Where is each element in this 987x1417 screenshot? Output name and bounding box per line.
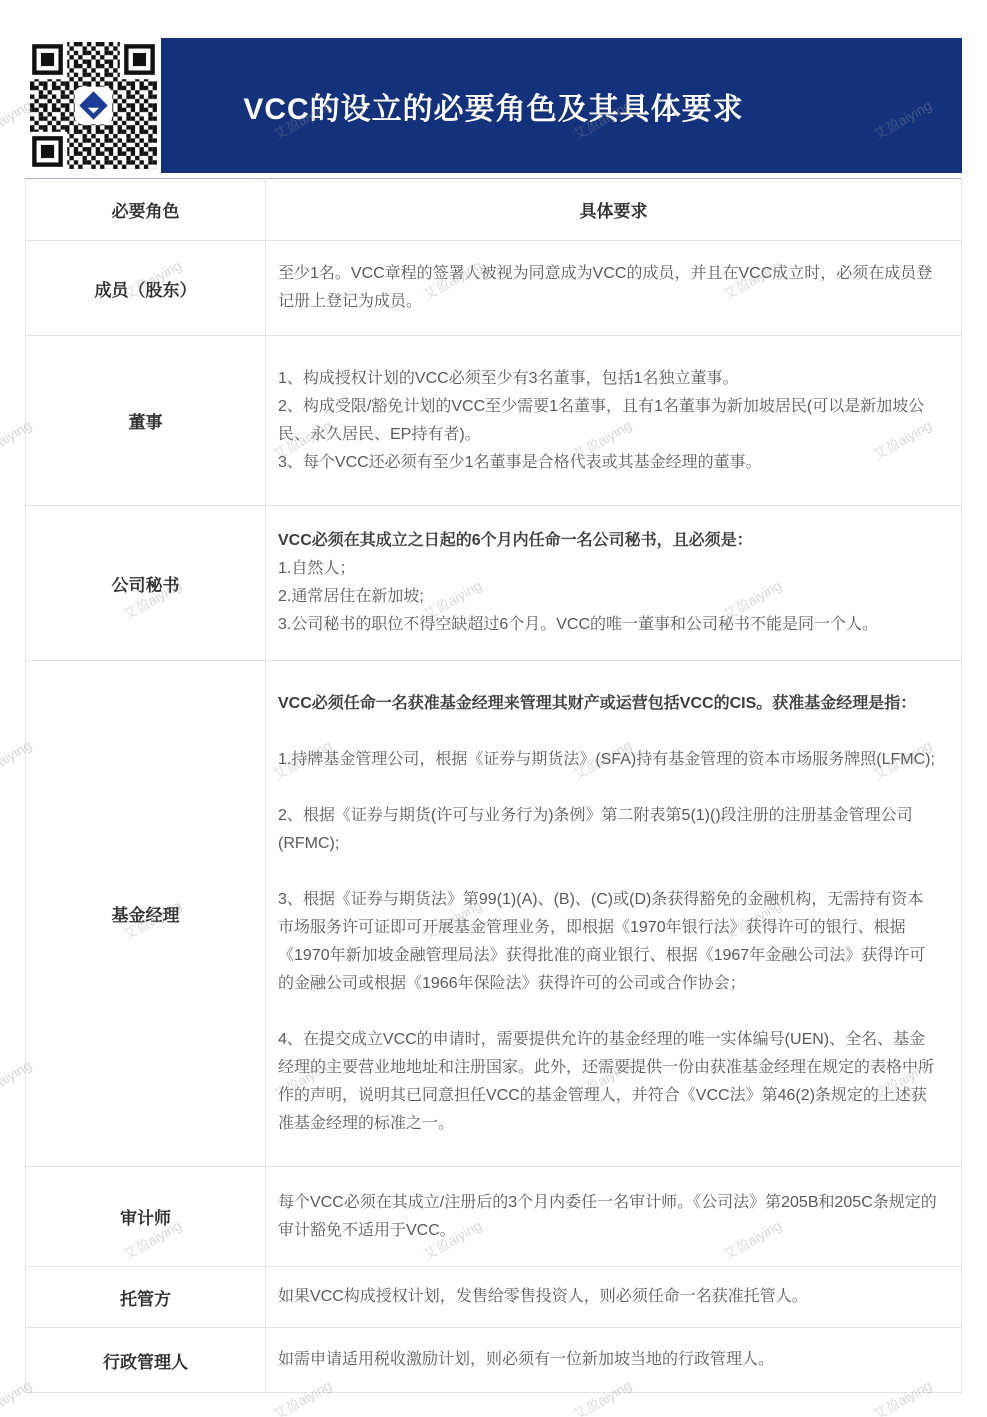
role-label: 行政管理人 bbox=[26, 1328, 266, 1393]
table-row-member: 成员（股东） 至少1名。VCC章程的签署人被视为同意成为VCC的成员，并且在VC… bbox=[26, 241, 962, 336]
table-header-row: 必要角色 具体要求 bbox=[26, 179, 962, 241]
requirement-line: 1.自然人； bbox=[278, 555, 939, 583]
role-label: 基金经理 bbox=[26, 661, 266, 1167]
column-header-role: 必要角色 bbox=[26, 179, 266, 241]
requirement-line: 如需申请适用税收激励计划，则必须有一位新加坡当地的行政管理人。 bbox=[278, 1346, 939, 1374]
table-row-auditor: 审计师 每个VCC必须在其成立/注册后的3个月内委任一名审计师。《公司法》第20… bbox=[26, 1167, 962, 1267]
qr-finder-top-left bbox=[32, 44, 63, 75]
table-row-administrator: 行政管理人 如需申请适用税收激励计划，则必须有一位新加坡当地的行政管理人。 bbox=[26, 1328, 962, 1393]
requirement-cell: 至少1名。VCC章程的签署人被视为同意成为VCC的成员，并且在VCC成立时，必须… bbox=[266, 241, 962, 336]
requirement-cell: VCC必须任命一名获准基金经理来管理其财产或运营包括VCC的CIS。获准基金经理… bbox=[266, 661, 962, 1167]
requirement-line: 至少1名。VCC章程的签署人被视为同意成为VCC的成员，并且在VCC成立时，必须… bbox=[278, 260, 939, 316]
requirement-cell: VCC必须在其成立之日起的6个月内任命一名公司秘书，且必须是： 1.自然人； 2… bbox=[266, 506, 962, 661]
table-row-fund-manager: 基金经理 VCC必须任命一名获准基金经理来管理其财产或运营包括VCC的CIS。获… bbox=[26, 661, 962, 1167]
qr-finder-bottom-left bbox=[32, 136, 63, 167]
requirement-line: 2、构成受限/豁免计划的VCC至少需要1名董事，且有1名董事为新加坡居民(可以是… bbox=[278, 393, 939, 449]
column-header-requirements: 具体要求 bbox=[266, 179, 962, 241]
requirement-cell: 如果VCC构成授权计划，发售给零售投资人，则必须任命一名获准托管人。 bbox=[266, 1267, 962, 1328]
requirement-cell: 如需申请适用税收激励计划，则必须有一位新加坡当地的行政管理人。 bbox=[266, 1328, 962, 1393]
requirement-cell: 每个VCC必须在其成立/注册后的3个月内委任一名审计师。《公司法》第205B和2… bbox=[266, 1167, 962, 1267]
requirement-line: 每个VCC必须在其成立/注册后的3个月内委任一名审计师。《公司法》第205B和2… bbox=[278, 1189, 939, 1245]
requirement-line: VCC必须任命一名获准基金经理来管理其财产或运营包括VCC的CIS。获准基金经理… bbox=[278, 690, 939, 718]
requirement-line: 3、每个VCC还必须有至少1名董事是合格代表或其基金经理的董事。 bbox=[278, 449, 939, 477]
role-label: 董事 bbox=[26, 336, 266, 506]
requirement-line: 3、根据《证券与期货法》第99(1)(A)、(B)、(C)或(D)条获得豁免的金… bbox=[278, 886, 939, 998]
requirements-table: 必要角色 具体要求 成员（股东） 至少1名。VCC章程的签署人被视为同意成为VC… bbox=[25, 178, 962, 1393]
requirement-cell: 1、构成授权计划的VCC必须至少有3名董事，包括1名独立董事。 2、构成受限/豁… bbox=[266, 336, 962, 506]
requirement-line: 2.通常居住在新加坡; bbox=[278, 583, 939, 611]
requirement-line: 3.公司秘书的职位不得空缺超过6个月。VCC的唯一董事和公司秘书不能是同一个人。 bbox=[278, 611, 939, 639]
requirement-line: VCC必须在其成立之日起的6个月内任命一名公司秘书，且必须是： bbox=[278, 527, 939, 555]
role-label: 成员（股东） bbox=[26, 241, 266, 336]
table-row-director: 董事 1、构成授权计划的VCC必须至少有3名董事，包括1名独立董事。 2、构成受… bbox=[26, 336, 962, 506]
title-bar bbox=[161, 38, 962, 173]
requirement-line: 4、在提交成立VCC的申请时，需要提供允许的基金经理的唯一实体编号(UEN)、全… bbox=[278, 1026, 939, 1138]
table-row-company-secretary: 公司秘书 VCC必须在其成立之日起的6个月内任命一名公司秘书，且必须是： 1.自… bbox=[26, 506, 962, 661]
requirement-line: 如果VCC构成授权计划，发售给零售投资人，则必须任命一名获准托管人。 bbox=[278, 1283, 939, 1311]
qr-code bbox=[25, 38, 161, 173]
qr-center-logo-icon bbox=[74, 87, 112, 125]
table-row-custodian: 托管方 如果VCC构成授权计划，发售给零售投资人，则必须任命一名获准托管人。 bbox=[26, 1267, 962, 1328]
requirement-line: 1.持牌基金管理公司，根据《证券与期货法》(SFA)持有基金管理的资本市场服务牌… bbox=[278, 746, 939, 774]
role-label: 审计师 bbox=[26, 1167, 266, 1267]
requirement-line: 2、根据《证券与期货(许可与业务行为)条例》第二附表第5(1)()段注册的注册基… bbox=[278, 802, 939, 858]
role-label: 公司秘书 bbox=[26, 506, 266, 661]
qr-code-image bbox=[30, 42, 157, 169]
qr-finder-top-right bbox=[124, 44, 155, 75]
header-banner: VCC的设立的必要角色及其具体要求 bbox=[25, 38, 962, 173]
requirement-line: 1、构成授权计划的VCC必须至少有3名董事，包括1名独立董事。 bbox=[278, 365, 939, 393]
role-label: 托管方 bbox=[26, 1267, 266, 1328]
page: VCC的设立的必要角色及其具体要求 必要角色 具体要求 成员（股东） 至少1名。… bbox=[25, 38, 962, 1393]
